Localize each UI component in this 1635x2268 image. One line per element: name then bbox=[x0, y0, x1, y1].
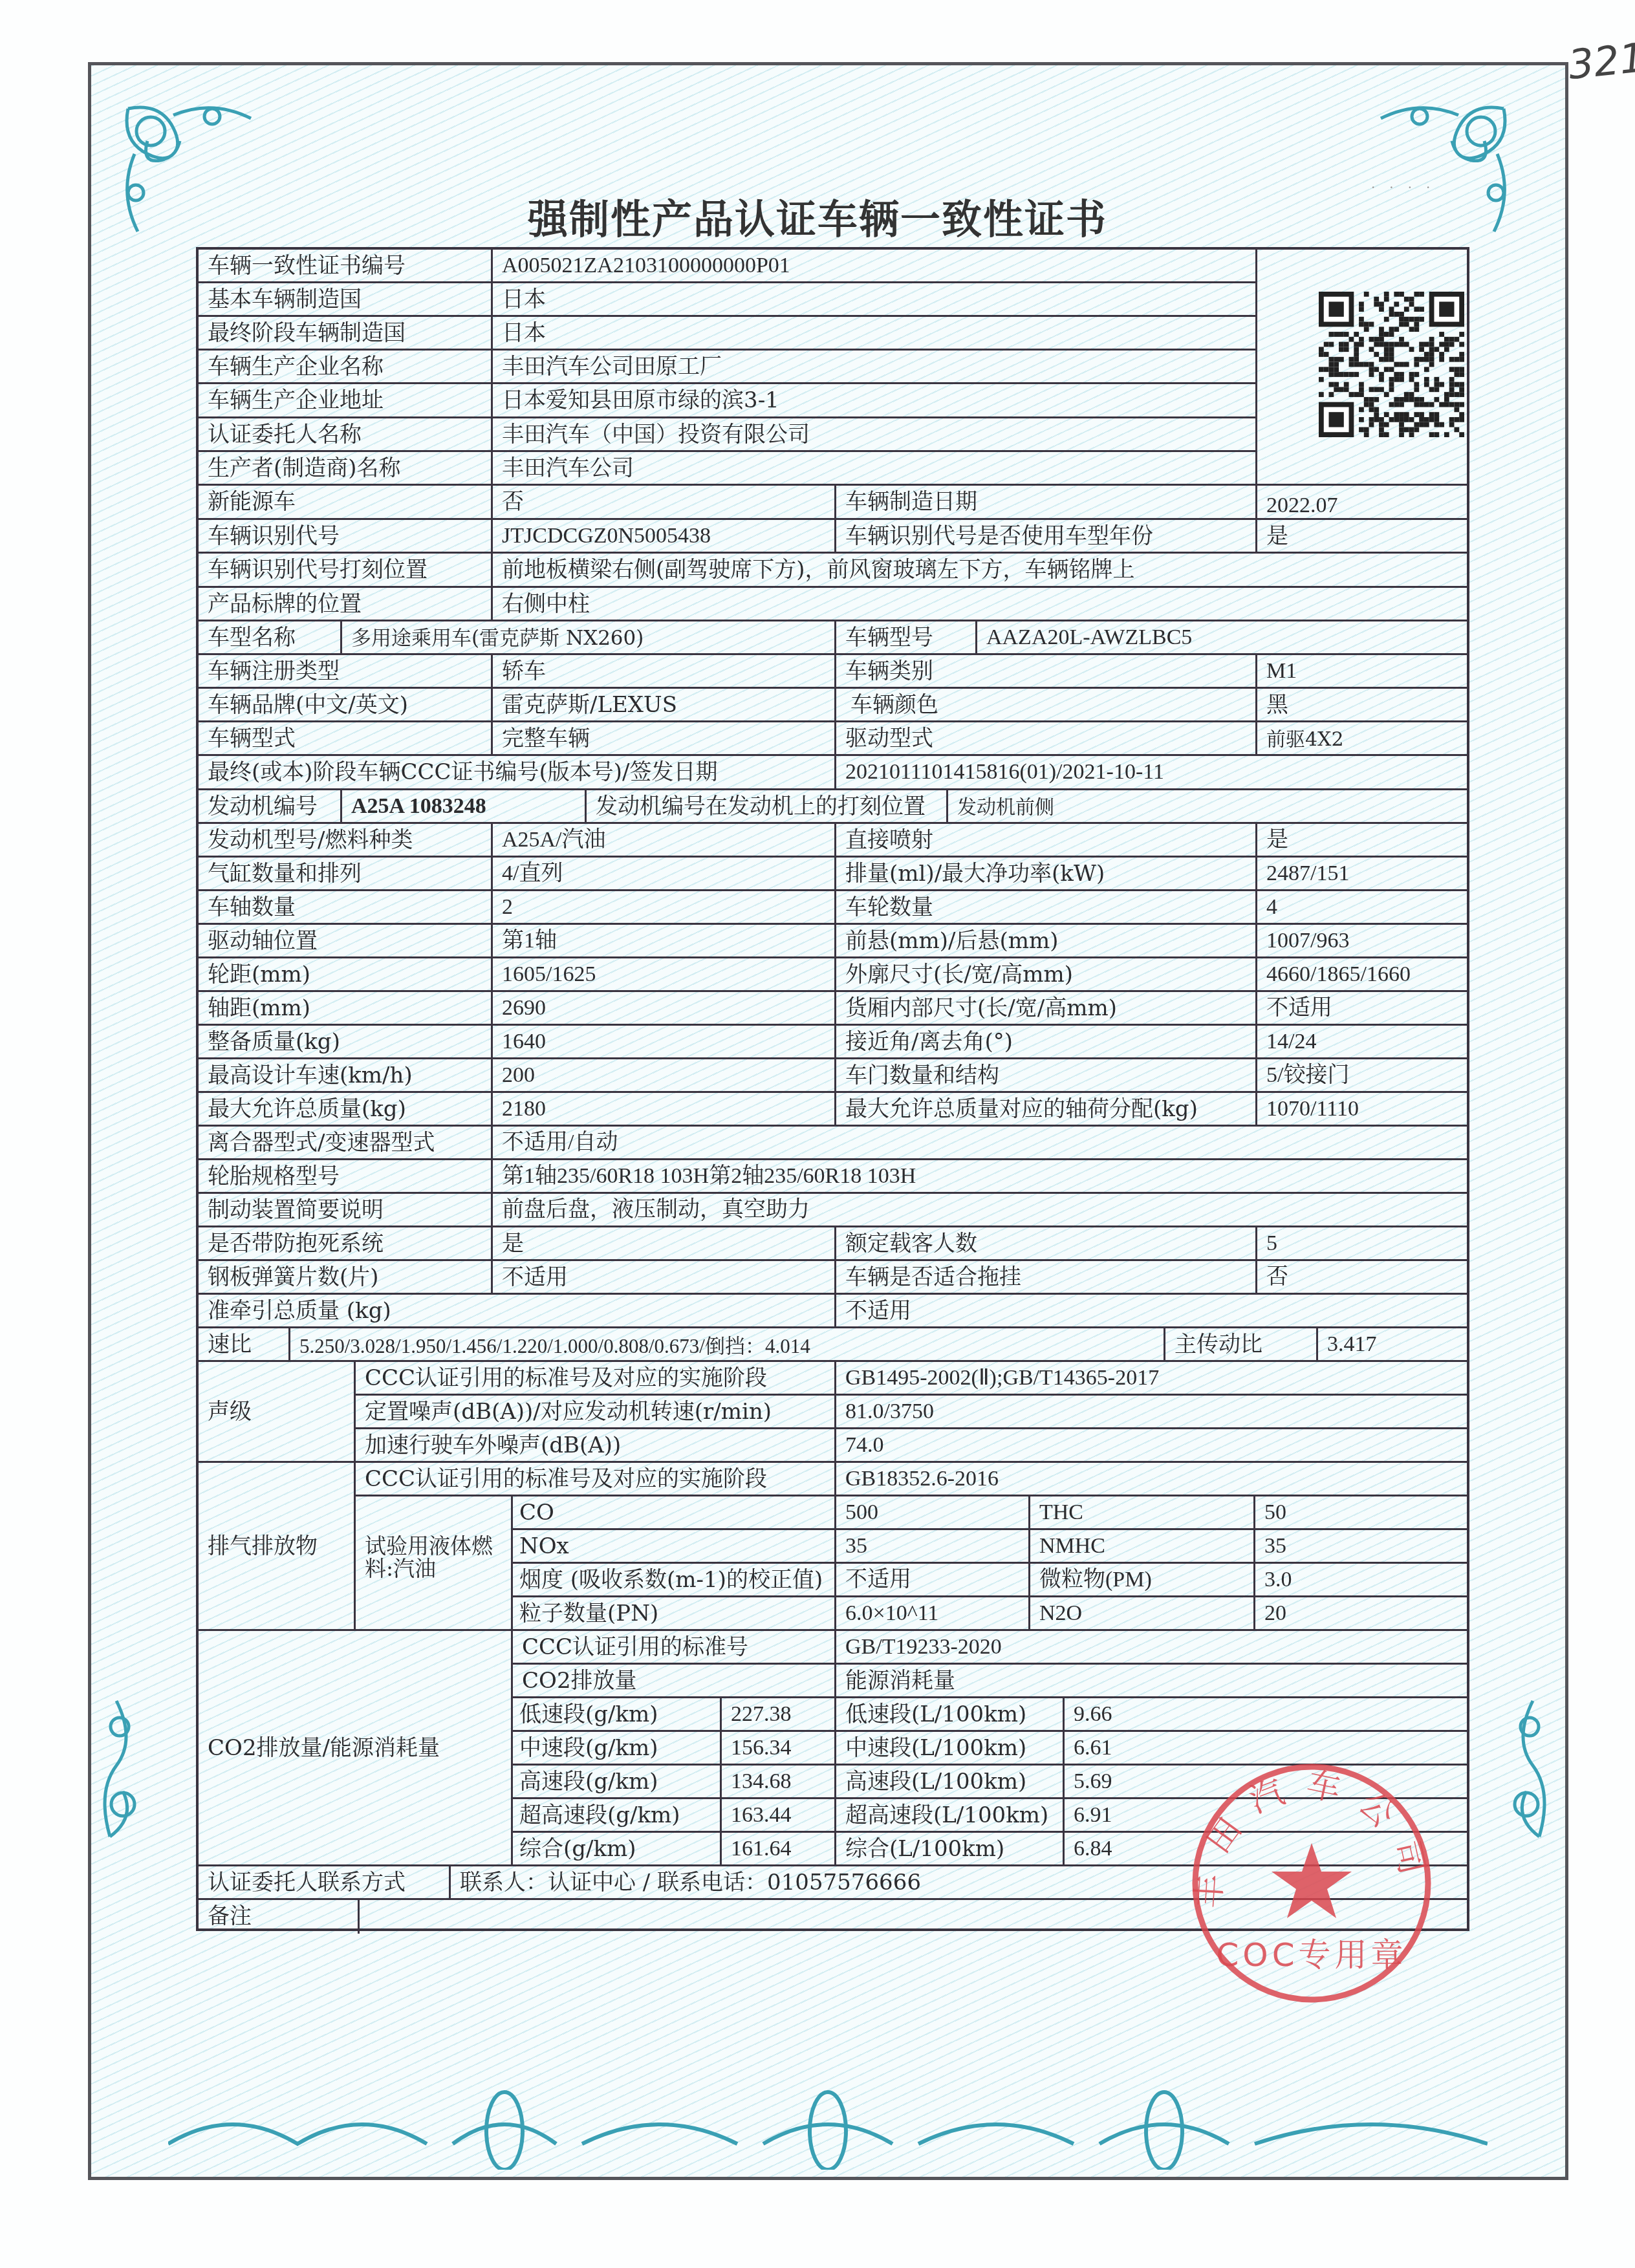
value-leaf-springs: 不适用 bbox=[493, 1261, 836, 1295]
label-seats: 额定载客人数 bbox=[836, 1227, 1257, 1261]
value-cylinders: 4/直列 bbox=[493, 858, 836, 891]
value-max-mass: 2180 bbox=[493, 1093, 836, 1127]
emission-label: CO bbox=[513, 1496, 836, 1530]
emissions-fuel-label: 试验用液体燃料:汽油 bbox=[356, 1496, 513, 1631]
emission-label-2: N2O bbox=[1030, 1597, 1255, 1631]
handwritten-page-number: 321 bbox=[1566, 34, 1635, 89]
company-seal: 丰田汽车公司 COC专用章 bbox=[1189, 1760, 1435, 2006]
value-overhang: 1007/963 bbox=[1257, 925, 1469, 958]
label-manufacturer-name: 车辆生产企业名称 bbox=[199, 351, 493, 384]
label-clutch-gearbox: 离合器型式/变速器型式 bbox=[199, 1127, 493, 1160]
emission-value-2: 50 bbox=[1255, 1496, 1469, 1530]
label-tyres: 轮胎规格型号 bbox=[199, 1160, 493, 1194]
value-producer: 丰田汽车公司 bbox=[493, 452, 1257, 486]
label-towing: 车辆是否适合拖挂 bbox=[836, 1261, 1257, 1295]
label-ccc-cert: 最终(或本)阶段车辆CCC证书编号(版本号)/签发日期 bbox=[199, 756, 836, 790]
value-max-speed: 200 bbox=[493, 1059, 836, 1093]
value-towing: 否 bbox=[1257, 1261, 1469, 1295]
value-final-country: 日本 bbox=[493, 317, 1257, 351]
label-reg-type: 车辆注册类型 bbox=[199, 655, 493, 689]
emissions-standard-value: GB18352.6-2016 bbox=[836, 1463, 1469, 1496]
qr-cell bbox=[1257, 250, 1469, 486]
emission-value-2: 20 bbox=[1255, 1597, 1469, 1631]
label-plate-location: 产品标牌的位置 bbox=[199, 588, 493, 621]
value-cargo-dimensions: 不适用 bbox=[1257, 992, 1469, 1026]
label-cargo-dimensions: 货厢内部尺寸(长/宽/高mm) bbox=[836, 992, 1257, 1026]
value-curb-mass: 1640 bbox=[493, 1026, 836, 1059]
label-axle-load: 最大允许总质量对应的轴荷分配(kg) bbox=[836, 1093, 1257, 1127]
value-seats: 5 bbox=[1257, 1227, 1469, 1261]
value-new-energy: 否 bbox=[493, 486, 836, 520]
value-vin: JTJCDCGZ0N5005438 bbox=[493, 520, 836, 554]
value-dimensions: 4660/1865/1660 bbox=[1257, 958, 1469, 992]
emission-value-2: 3.0 bbox=[1255, 1564, 1469, 1597]
label-wheels: 车轮数量 bbox=[836, 891, 1257, 925]
label-remarks: 备注 bbox=[199, 1900, 360, 1934]
label-model-no: 车辆型号 bbox=[836, 621, 977, 655]
value-tyres: 第1轴235/60R18 103H第2轴235/60R18 103H bbox=[493, 1160, 1469, 1194]
co2-label: 低速段(g/km) bbox=[513, 1698, 722, 1732]
value-manufacturer-name: 丰田汽车公司田原工厂 bbox=[493, 351, 1257, 384]
label-abs: 是否带防抱死系统 bbox=[199, 1227, 493, 1261]
value-vehicle-form: 完整车辆 bbox=[493, 722, 836, 756]
emission-label: 粒子数量(PN) bbox=[513, 1597, 836, 1631]
noise-value: 74.0 bbox=[836, 1429, 1469, 1463]
label-producer: 生产者(制造商)名称 bbox=[199, 452, 493, 486]
value-color: 黑 bbox=[1257, 689, 1469, 722]
co2-value: 156.34 bbox=[722, 1732, 836, 1766]
value-clutch-gearbox: 不适用/自动 bbox=[493, 1127, 1469, 1160]
label-model-name: 车型名称 bbox=[199, 621, 342, 655]
label-engine-model-fuel: 发动机型号/燃料种类 bbox=[199, 824, 493, 858]
label-cylinders: 气缸数量和排列 bbox=[199, 858, 493, 891]
value-manufacturer-address: 日本爱知县田原市绿的滨3-1 bbox=[493, 384, 1257, 418]
co2-value: 134.68 bbox=[722, 1766, 836, 1799]
co2-standard-value: GB/T19233-2020 bbox=[836, 1631, 1469, 1665]
co2-label: 中速段(g/km) bbox=[513, 1732, 722, 1766]
label-category: 车辆类别 bbox=[836, 655, 1257, 689]
emission-value: 6.0×10^11 bbox=[836, 1597, 1030, 1631]
value-engine-no-location: 发动机前侧 bbox=[948, 790, 1469, 824]
value-gear-ratio: 5.250/3.028/1.950/1.456/1.220/1.000/0.80… bbox=[290, 1328, 1165, 1362]
value-angles: 14/24 bbox=[1257, 1026, 1469, 1059]
value-displacement-power: 2487/151 bbox=[1257, 858, 1469, 891]
value-track: 1605/1625 bbox=[493, 958, 836, 992]
value-doors: 5/铰接门 bbox=[1257, 1059, 1469, 1093]
label-applicant: 认证委托人名称 bbox=[199, 418, 493, 452]
emissions-standard-label: CCC认证引用的标准号及对应的实施阶段 bbox=[356, 1463, 836, 1496]
emission-label-2: 微粒物(PM) bbox=[1030, 1564, 1255, 1597]
label-manufacturer-address: 车辆生产企业地址 bbox=[199, 384, 493, 418]
label-vin-location: 车辆识别代号打刻位置 bbox=[199, 554, 493, 588]
value-plate-location: 右侧中柱 bbox=[493, 588, 1469, 621]
label-vehicle-form: 车辆型式 bbox=[199, 722, 493, 756]
label-vin: 车辆识别代号 bbox=[199, 520, 493, 554]
co2-value: 227.38 bbox=[722, 1698, 836, 1732]
value-model-no: AAZA20L-AWZLBC5 bbox=[977, 621, 1469, 655]
label-overhang: 前悬(mm)/后悬(mm) bbox=[836, 925, 1257, 958]
emission-label: NOx bbox=[513, 1530, 836, 1564]
label-build-date: 车辆制造日期 bbox=[836, 486, 1257, 520]
value-engine-model-fuel: A25A/汽油 bbox=[493, 824, 836, 858]
co2-label: 综合(g/km) bbox=[513, 1833, 722, 1866]
energy-label: 综合(L/100km) bbox=[836, 1833, 1065, 1866]
label-final-drive: 主传动比 bbox=[1165, 1328, 1318, 1362]
label-displacement-power: 排量(ml)/最大净功率(kW) bbox=[836, 858, 1257, 891]
value-model-name: 多用途乘用车(雷克萨斯 NX260) bbox=[342, 621, 836, 655]
value-applicant: 丰田汽车（中国）投资有限公司 bbox=[493, 418, 1257, 452]
energy-label: 低速段(L/100km) bbox=[836, 1698, 1065, 1732]
label-angles: 接近角/离去角(°) bbox=[836, 1026, 1257, 1059]
noise-value: GB1495-2002(Ⅱ);GB/T14365-2017 bbox=[836, 1362, 1469, 1396]
value-base-country: 日本 bbox=[493, 283, 1257, 317]
emission-value: 35 bbox=[836, 1530, 1030, 1564]
value-axles: 2 bbox=[493, 891, 836, 925]
label-max-speed: 最高设计车速(km/h) bbox=[199, 1059, 493, 1093]
label-dimensions: 外廓尺寸(长/宽/高mm) bbox=[836, 958, 1257, 992]
energy-header: 能源消耗量 bbox=[836, 1665, 1469, 1698]
value-drive-type: 前驱4X2 bbox=[1257, 722, 1469, 756]
label-leaf-springs: 钢板弹簧片数(片) bbox=[199, 1261, 493, 1295]
label-max-mass: 最大允许总质量(kg) bbox=[199, 1093, 493, 1127]
document-title: 强制性产品认证车辆一致性证书 bbox=[0, 188, 1635, 245]
noise-label: 定置噪声(dB(A))/对应发动机转速(r/min) bbox=[356, 1396, 836, 1429]
noise-label: CCC认证引用的标准号及对应的实施阶段 bbox=[356, 1362, 836, 1396]
emissions-group-label: 排气排放物 bbox=[199, 1463, 356, 1631]
label-coc-no: 车辆一致性证书编号 bbox=[199, 250, 493, 283]
label-doors: 车门数量和结构 bbox=[836, 1059, 1257, 1093]
value-build-date: 2022.07 bbox=[1257, 486, 1469, 520]
label-direct-injection: 直接喷射 bbox=[836, 824, 1257, 858]
value-towing-mass: 不适用 bbox=[836, 1295, 1469, 1328]
energy-label: 超高速段(L/100km) bbox=[836, 1799, 1065, 1833]
value-vin-model-year: 是 bbox=[1257, 520, 1469, 554]
certificate-table: 车辆一致性证书编号 A005021ZA2103100000000P01 基本车辆… bbox=[196, 247, 1469, 1931]
value-coc-no: A005021ZA2103100000000P01 bbox=[493, 250, 1257, 283]
label-contact: 认证委托人联系方式 bbox=[199, 1866, 451, 1900]
emission-label: 烟度 (吸收系数(m-1)的校正值) bbox=[513, 1564, 836, 1597]
co2-header: CO2排放量 bbox=[513, 1665, 836, 1698]
value-reg-type: 轿车 bbox=[493, 655, 836, 689]
emission-label-2: NMHC bbox=[1030, 1530, 1255, 1564]
label-new-energy: 新能源车 bbox=[199, 486, 493, 520]
energy-value: 9.66 bbox=[1065, 1698, 1469, 1732]
label-final-country: 最终阶段车辆制造国 bbox=[199, 317, 493, 351]
co2-value: 163.44 bbox=[722, 1799, 836, 1833]
emission-value: 500 bbox=[836, 1496, 1030, 1530]
emission-value: 不适用 bbox=[836, 1564, 1030, 1597]
label-brakes: 制动装置简要说明 bbox=[199, 1194, 493, 1227]
value-ccc-cert: 2021011101415816(01)/2021-10-11 bbox=[836, 756, 1469, 790]
emission-value-2: 35 bbox=[1255, 1530, 1469, 1564]
co2-label: 超高速段(g/km) bbox=[513, 1799, 722, 1833]
label-gear-ratio: 速比 bbox=[199, 1328, 290, 1362]
noise-label: 加速行驶车外噪声(dB(A)) bbox=[356, 1429, 836, 1463]
value-wheels: 4 bbox=[1257, 891, 1469, 925]
label-engine-no-location: 发动机编号在发动机上的打刻位置 bbox=[587, 790, 948, 824]
value-abs: 是 bbox=[493, 1227, 836, 1261]
label-color: 车辆颜色 bbox=[836, 689, 1257, 722]
co2-label: 高速段(g/km) bbox=[513, 1766, 722, 1799]
label-base-country: 基本车辆制造国 bbox=[199, 283, 493, 317]
svg-text:COC专用章: COC专用章 bbox=[1216, 1936, 1407, 1974]
co2-value: 161.64 bbox=[722, 1833, 836, 1866]
value-category: M1 bbox=[1257, 655, 1469, 689]
label-engine-no: 发动机编号 bbox=[199, 790, 342, 824]
label-curb-mass: 整备质量(kg) bbox=[199, 1026, 493, 1059]
value-wheelbase: 2690 bbox=[493, 992, 836, 1026]
value-axle-load: 1070/1110 bbox=[1257, 1093, 1469, 1127]
seal-star-icon bbox=[1272, 1843, 1352, 1918]
label-towing-mass: 准牵引总质量 (kg) bbox=[199, 1295, 836, 1328]
energy-label: 中速段(L/100km) bbox=[836, 1732, 1065, 1766]
label-track: 轮距(mm) bbox=[199, 958, 493, 992]
emission-label-2: THC bbox=[1030, 1496, 1255, 1530]
value-engine-no: A25A 1083248 bbox=[342, 790, 587, 824]
noise-value: 81.0/3750 bbox=[836, 1396, 1469, 1429]
value-brand: 雷克萨斯/LEXUS bbox=[493, 689, 836, 722]
label-drive-axle: 驱动轴位置 bbox=[199, 925, 493, 958]
co2-standard-label: CCC认证引用的标准号 bbox=[513, 1631, 836, 1665]
bottom-ornament-band bbox=[168, 2079, 1488, 2170]
value-drive-axle: 第1轴 bbox=[493, 925, 836, 958]
label-drive-type: 驱动型式 bbox=[836, 722, 1257, 756]
noise-group-label: 声级 bbox=[199, 1362, 356, 1463]
label-axles: 车轴数量 bbox=[199, 891, 493, 925]
co2-group-label: CO2排放量/能源消耗量 bbox=[199, 1631, 513, 1866]
label-wheelbase: 轴距(mm) bbox=[199, 992, 493, 1026]
label-vin-model-year: 车辆识别代号是否使用车型年份 bbox=[836, 520, 1257, 554]
value-direct-injection: 是 bbox=[1257, 824, 1469, 858]
value-final-drive: 3.417 bbox=[1318, 1328, 1469, 1362]
energy-label: 高速段(L/100km) bbox=[836, 1766, 1065, 1799]
qr-code-icon[interactable] bbox=[1319, 292, 1464, 437]
value-vin-location: 前地板横梁右侧(副驾驶席下方)，前风窗玻璃左下方，车辆铭牌上 bbox=[493, 554, 1469, 588]
label-brand: 车辆品牌(中文/英文) bbox=[199, 689, 493, 722]
value-brakes: 前盘后盘，液压制动，真空助力 bbox=[493, 1194, 1469, 1227]
